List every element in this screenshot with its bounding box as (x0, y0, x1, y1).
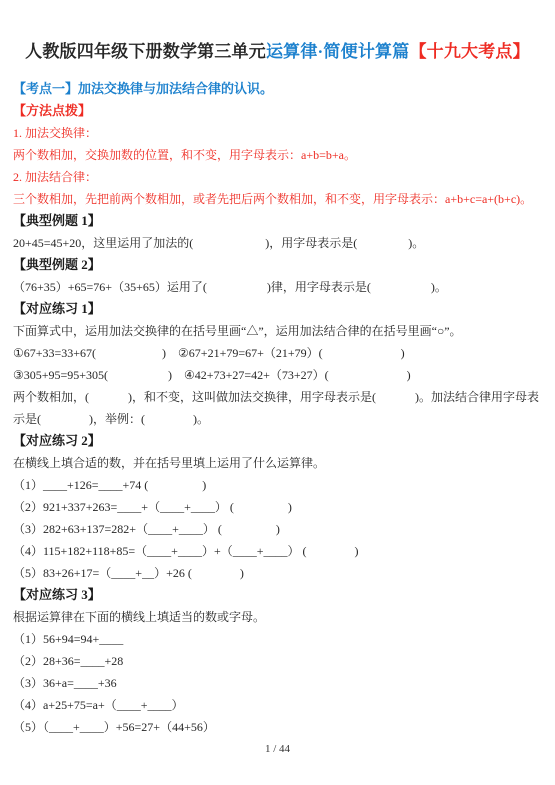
worksheet-line: 两个数相加，( )，和不变，这叫做加法交换律，用字母表示是( )。加法结合律用字… (13, 386, 542, 408)
title-topic-text: 运算律·简便计算篇 (266, 42, 409, 61)
worksheet-line: 在横线上填合适的数，并在括号里填上运用了什么运算律。 (13, 452, 542, 474)
worksheet-line: 【对应练习 2】 (13, 430, 542, 452)
worksheet-line: （76+35）+65=76+（35+65）运用了( )律，用字母表示是( )。 (13, 276, 542, 298)
worksheet-body: 【考点一】加法交换律与加法结合律的认识。【方法点拨】1. 加法交换律：两个数相加… (13, 78, 542, 738)
worksheet-line: ③305+95=95+305( ) ④42+73+27=42+（73+27）( … (13, 364, 542, 386)
worksheet-line: （4）a+25+75=a+（____+____） (13, 694, 542, 716)
worksheet-line: （4）115+182+118+85=（____+____）+（____+____… (13, 540, 542, 562)
worksheet-line: 【对应练习 3】 (13, 584, 542, 606)
worksheet-line: （2）28+36=____+28 (13, 650, 542, 672)
document-title: 人教版四年级下册数学第三单元运算律·简便计算篇【十九大考点】 (13, 40, 542, 64)
worksheet-line: ①67+33=33+67( ) ②67+21+79=67+（21+79）( ) (13, 342, 542, 364)
worksheet-line: 【对应练习 1】 (13, 298, 542, 320)
worksheet-line: （5）83+26+17=（____+__）+26 ( ) (13, 562, 542, 584)
worksheet-line: 【考点一】加法交换律与加法结合律的认识。 (13, 78, 542, 100)
worksheet-line: 2. 加法结合律： (13, 166, 542, 188)
worksheet-line: 【典型例题 1】 (13, 210, 542, 232)
worksheet-line: 示是( )，举例：( )。 (13, 408, 542, 430)
title-badge-text: 【十九大考点】 (409, 42, 529, 61)
worksheet-line: 1. 加法交换律： (13, 122, 542, 144)
worksheet-line: 三个数相加，先把前两个数相加，或者先把后两个数相加，和不变，用字母表示：a+b+… (13, 188, 542, 210)
worksheet-line: （2）921+337+263=____+（____+____） ( ) (13, 496, 542, 518)
page-number: 1 / 44 (13, 740, 542, 758)
worksheet-page: 人教版四年级下册数学第三单元运算律·简便计算篇【十九大考点】 【考点一】加法交换… (0, 0, 555, 785)
worksheet-line: （3）36+a=____+36 (13, 672, 542, 694)
worksheet-line: 两个数相加，交换加数的位置，和不变，用字母表示：a+b=b+a。 (13, 144, 542, 166)
title-unit-text: 人教版四年级下册数学第三单元 (25, 42, 266, 61)
worksheet-line: （1）56+94=94+____ (13, 628, 542, 650)
worksheet-line: （5）（____+____）+56=27+（44+56） (13, 716, 542, 738)
worksheet-line: 【方法点拨】 (13, 100, 542, 122)
worksheet-line: （1）____+126=____+74 ( ) (13, 474, 542, 496)
worksheet-line: （3）282+63+137=282+（____+____） ( ) (13, 518, 542, 540)
worksheet-line: 20+45=45+20，这里运用了加法的( )，用字母表示是( )。 (13, 232, 542, 254)
worksheet-line: 下面算式中，运用加法交换律的在括号里画“△”，运用加法结合律的在括号里画“○”。 (13, 320, 542, 342)
worksheet-line: 【典型例题 2】 (13, 254, 542, 276)
worksheet-line: 根据运算律在下面的横线上填适当的数或字母。 (13, 606, 542, 628)
